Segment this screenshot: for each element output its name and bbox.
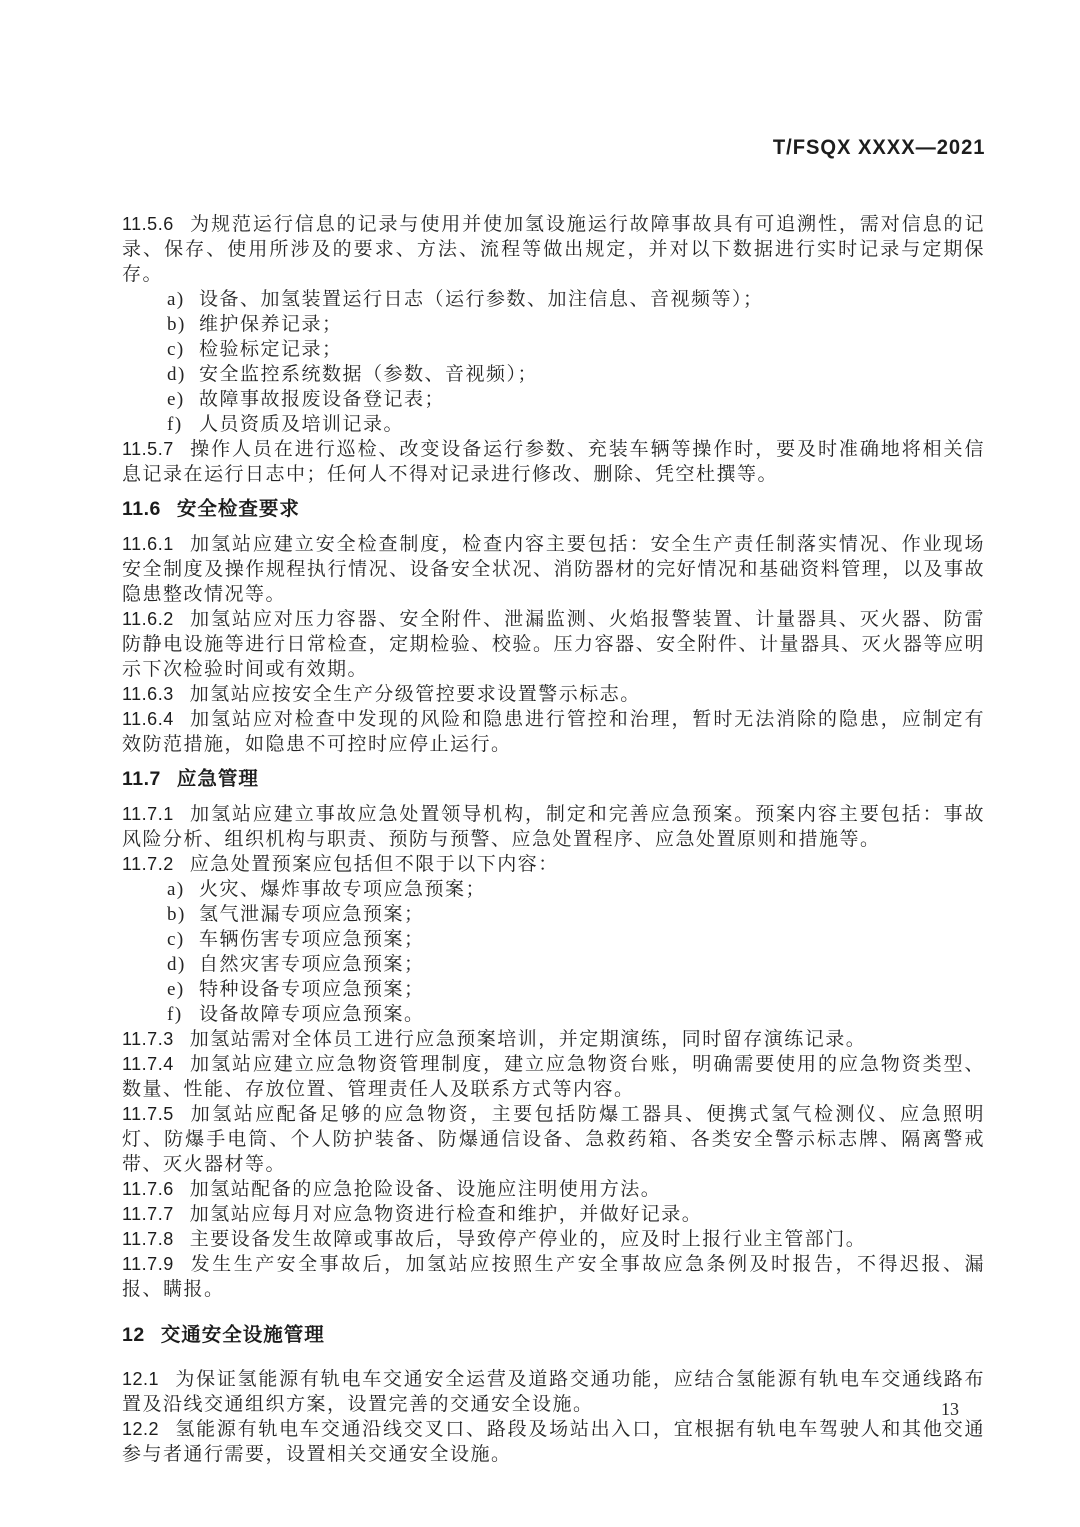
list-item: a)火灾、爆炸事故专项应急预案； bbox=[122, 877, 985, 902]
clause-text: 加氢站应按安全生产分级管控要求设置警示标志。 bbox=[190, 684, 641, 705]
heading-title: 应急管理 bbox=[177, 768, 259, 790]
clause-11-5-6: 11.5.6为规范运行信息的记录与使用并使加氢设施运行故障事故具有可追溯性，需对… bbox=[122, 212, 985, 287]
list-item-text: 氢气泄漏专项应急预案； bbox=[199, 902, 985, 927]
list-item-letter: d) bbox=[167, 362, 199, 387]
clause-text: 应急处置预案应包括但不限于以下内容： bbox=[190, 854, 559, 875]
list-item-text: 设备、加氢装置运行日志（运行参数、加注信息、音视频等）； bbox=[199, 287, 985, 312]
clause-number: 11.5.6 bbox=[122, 214, 190, 234]
list-item-letter: e) bbox=[167, 387, 199, 412]
list-item: f)设备故障专项应急预案。 bbox=[122, 1002, 985, 1027]
clause-text: 为规范运行信息的记录与使用并使加氢设施运行故障事故具有可追溯性，需对信息的记录、… bbox=[122, 214, 985, 285]
clause-number: 11.7.8 bbox=[122, 1229, 190, 1249]
clause-number: 11.7.1 bbox=[122, 804, 190, 824]
clause-number: 12.1 bbox=[122, 1369, 175, 1389]
clause-11-6-3: 11.6.3加氢站应按安全生产分级管控要求设置警示标志。 bbox=[122, 682, 985, 707]
clause-number: 11.6.1 bbox=[122, 534, 190, 554]
list-item-text: 维护保养记录； bbox=[199, 312, 985, 337]
list-item-letter: b) bbox=[167, 902, 199, 927]
clause-text: 发生生产安全事故后，加氢站应按照生产安全事故应急条例及时报告，不得迟报、漏报、瞒… bbox=[122, 1254, 985, 1300]
clause-number: 11.7.4 bbox=[122, 1054, 190, 1074]
list-item-letter: a) bbox=[167, 287, 199, 312]
standard-document-page: T/FSQX XXXX—2021 11.5.6为规范运行信息的记录与使用并使加氢… bbox=[0, 0, 1080, 1527]
list-item-text: 安全监控系统数据（参数、音视频）； bbox=[199, 362, 985, 387]
clause-text: 加氢站应建立安全检查制度，检查内容主要包括：安全生产责任制落实情况、作业现场安全… bbox=[122, 534, 985, 605]
list-item-letter: b) bbox=[167, 312, 199, 337]
page-number: 13 bbox=[941, 1399, 959, 1420]
clause-11-6-1: 11.6.1加氢站应建立安全检查制度，检查内容主要包括：安全生产责任制落实情况、… bbox=[122, 532, 985, 607]
clause-number: 11.7.9 bbox=[122, 1254, 190, 1274]
clause-text: 加氢站应每月对应急物资进行检查和维护，并做好记录。 bbox=[190, 1204, 703, 1225]
list-item: d)安全监控系统数据（参数、音视频）； bbox=[122, 362, 985, 387]
list-item: c)车辆伤害专项应急预案； bbox=[122, 927, 985, 952]
list-item-letter: c) bbox=[167, 927, 199, 952]
list-item: e)特种设备专项应急预案； bbox=[122, 977, 985, 1002]
clause-11-7-8: 11.7.8主要设备发生故障或事故后，导致停产停业的，应及时上报行业主管部门。 bbox=[122, 1227, 985, 1252]
heading-12: 12交通安全设施管理 bbox=[122, 1323, 985, 1348]
list-item-letter: f) bbox=[167, 412, 199, 437]
document-code: T/FSQX XXXX—2021 bbox=[772, 136, 985, 160]
list-item-letter: a) bbox=[167, 877, 199, 902]
clause-number: 11.7.3 bbox=[122, 1029, 190, 1049]
list-item: b)氢气泄漏专项应急预案； bbox=[122, 902, 985, 927]
list-item-letter: f) bbox=[167, 1002, 199, 1027]
clause-text: 加氢站应建立事故应急处置领导机构，制定和完善应急预案。预案内容主要包括：事故风险… bbox=[122, 804, 985, 850]
clause-11-7-3: 11.7.3加氢站需对全体员工进行应急预案培训，并定期演练，同时留存演练记录。 bbox=[122, 1027, 985, 1052]
clause-text: 氢能源有轨电车交通沿线交叉口、路段及场站出入口，宜根据有轨电车驾驶人和其他交通参… bbox=[122, 1419, 985, 1465]
clause-number: 11.7.6 bbox=[122, 1179, 190, 1199]
clause-number: 11.5.7 bbox=[122, 439, 190, 459]
clause-text: 加氢站配备的应急抢险设备、设施应注明使用方法。 bbox=[190, 1179, 662, 1200]
clause-12-2: 12.2氢能源有轨电车交通沿线交叉口、路段及场站出入口，宜根据有轨电车驾驶人和其… bbox=[122, 1417, 985, 1467]
clause-text: 加氢站应对压力容器、安全附件、泄漏监测、火焰报警装置、计量器具、灭火器、防雷防静… bbox=[122, 609, 985, 680]
list-11-5-6: a)设备、加氢装置运行日志（运行参数、加注信息、音视频等）； b)维护保养记录；… bbox=[122, 287, 985, 437]
list-item-letter: d) bbox=[167, 952, 199, 977]
clause-number: 11.7.5 bbox=[122, 1104, 190, 1124]
list-item-letter: c) bbox=[167, 337, 199, 362]
heading-number: 12 bbox=[122, 1324, 161, 1346]
clause-11-7-2: 11.7.2应急处置预案应包括但不限于以下内容： bbox=[122, 852, 985, 877]
list-item: b)维护保养记录； bbox=[122, 312, 985, 337]
list-item-text: 火灾、爆炸事故专项应急预案； bbox=[199, 877, 985, 902]
document-body: 11.5.6为规范运行信息的记录与使用并使加氢设施运行故障事故具有可追溯性，需对… bbox=[122, 212, 985, 1467]
clause-11-7-5: 11.7.5加氢站应配备足够的应急物资，主要包括防爆工器具、便携式氢气检测仪、应… bbox=[122, 1102, 985, 1177]
clause-12-1: 12.1为保证氢能源有轨电车交通安全运营及道路交通功能，应结合氢能源有轨电车交通… bbox=[122, 1367, 985, 1417]
clause-11-6-2: 11.6.2加氢站应对压力容器、安全附件、泄漏监测、火焰报警装置、计量器具、灭火… bbox=[122, 607, 985, 682]
list-item: f)人员资质及培训记录。 bbox=[122, 412, 985, 437]
clause-number: 12.2 bbox=[122, 1419, 175, 1439]
list-item-text: 自然灾害专项应急预案； bbox=[199, 952, 985, 977]
clause-text: 加氢站应建立应急物资管理制度，建立应急物资台账，明确需要使用的应急物资类型、数量… bbox=[122, 1054, 985, 1100]
clause-number: 11.7.7 bbox=[122, 1204, 190, 1224]
clause-number: 11.6.4 bbox=[122, 709, 190, 729]
clause-text: 加氢站应配备足够的应急物资，主要包括防爆工器具、便携式氢气检测仪、应急照明灯、防… bbox=[122, 1104, 985, 1175]
heading-title: 安全检查要求 bbox=[177, 498, 300, 520]
clause-11-7-9: 11.7.9发生生产安全事故后，加氢站应按照生产安全事故应急条例及时报告，不得迟… bbox=[122, 1252, 985, 1302]
clause-11-6-4: 11.6.4加氢站应对检查中发现的风险和隐患进行管控和治理，暂时无法消除的隐患，… bbox=[122, 707, 985, 757]
clause-11-7-4: 11.7.4加氢站应建立应急物资管理制度，建立应急物资台账，明确需要使用的应急物… bbox=[122, 1052, 985, 1102]
list-11-7-2: a)火灾、爆炸事故专项应急预案； b)氢气泄漏专项应急预案； c)车辆伤害专项应… bbox=[122, 877, 985, 1027]
list-item-text: 人员资质及培训记录。 bbox=[199, 412, 985, 437]
clause-11-7-1: 11.7.1加氢站应建立事故应急处置领导机构，制定和完善应急预案。预案内容主要包… bbox=[122, 802, 985, 852]
heading-11-6: 11.6安全检查要求 bbox=[122, 497, 985, 522]
heading-title: 交通安全设施管理 bbox=[161, 1324, 325, 1346]
list-item: d)自然灾害专项应急预案； bbox=[122, 952, 985, 977]
heading-11-7: 11.7应急管理 bbox=[122, 767, 985, 792]
clause-11-7-6: 11.7.6加氢站配备的应急抢险设备、设施应注明使用方法。 bbox=[122, 1177, 985, 1202]
list-item-text: 特种设备专项应急预案； bbox=[199, 977, 985, 1002]
clause-text: 加氢站需对全体员工进行应急预案培训，并定期演练，同时留存演练记录。 bbox=[190, 1029, 867, 1050]
list-item-text: 检验标定记录； bbox=[199, 337, 985, 362]
list-item-text: 车辆伤害专项应急预案； bbox=[199, 927, 985, 952]
list-item-letter: e) bbox=[167, 977, 199, 1002]
heading-number: 11.6 bbox=[122, 498, 177, 520]
list-item: e)故障事故报废设备登记表； bbox=[122, 387, 985, 412]
clause-text: 加氢站应对检查中发现的风险和隐患进行管控和治理，暂时无法消除的隐患，应制定有效防… bbox=[122, 709, 985, 755]
clause-11-5-7: 11.5.7操作人员在进行巡检、改变设备运行参数、充装车辆等操作时，要及时准确地… bbox=[122, 437, 985, 487]
clause-text: 主要设备发生故障或事故后，导致停产停业的，应及时上报行业主管部门。 bbox=[190, 1229, 867, 1250]
clause-text: 为保证氢能源有轨电车交通安全运营及道路交通功能，应结合氢能源有轨电车交通线路布置… bbox=[122, 1369, 985, 1415]
list-item-text: 故障事故报废设备登记表； bbox=[199, 387, 985, 412]
clause-11-7-7: 11.7.7加氢站应每月对应急物资进行检查和维护，并做好记录。 bbox=[122, 1202, 985, 1227]
clause-number: 11.6.3 bbox=[122, 684, 190, 704]
clause-number: 11.7.2 bbox=[122, 854, 190, 874]
list-item: a)设备、加氢装置运行日志（运行参数、加注信息、音视频等）； bbox=[122, 287, 985, 312]
list-item: c)检验标定记录； bbox=[122, 337, 985, 362]
list-item-text: 设备故障专项应急预案。 bbox=[199, 1002, 985, 1027]
heading-number: 11.7 bbox=[122, 768, 177, 790]
clause-number: 11.6.2 bbox=[122, 609, 190, 629]
clause-text: 操作人员在进行巡检、改变设备运行参数、充装车辆等操作时，要及时准确地将相关信息记… bbox=[122, 439, 985, 485]
